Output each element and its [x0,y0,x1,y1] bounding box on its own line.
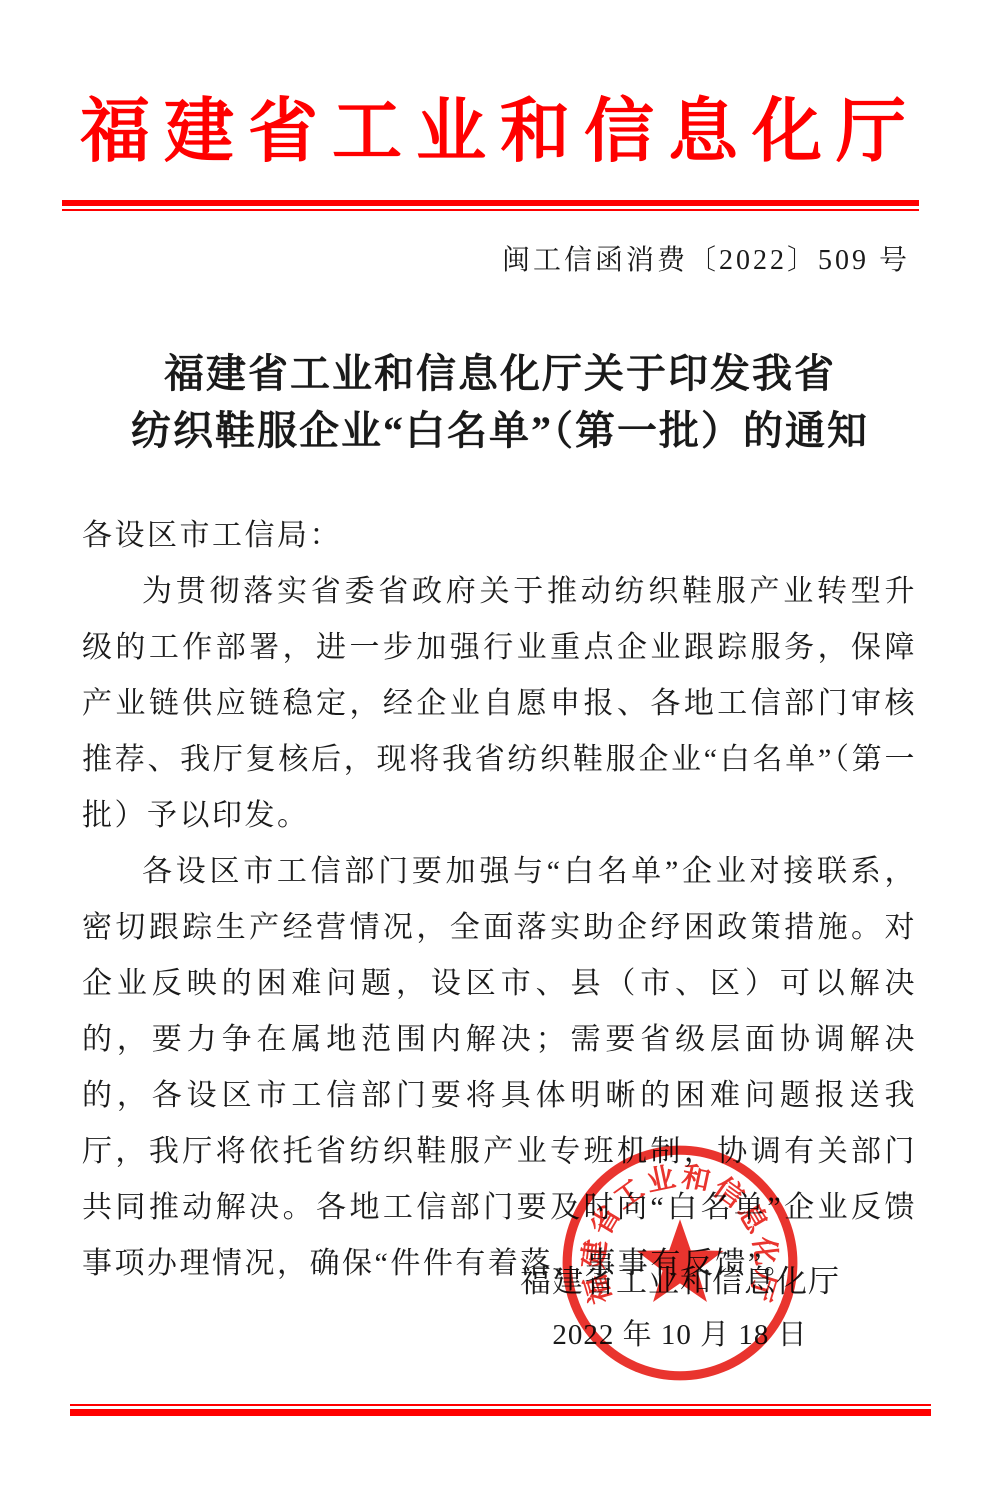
separator-thin-line [62,209,919,211]
salutation: 各设区市工信局： [82,508,917,564]
official-seal: 福建省工业和信息化厅 [558,1141,802,1385]
masthead-separator [62,200,919,211]
title-line-2: 纺织鞋服企业“白名单”（第一批）的通知 [0,402,1000,459]
seal-star-icon [636,1219,723,1302]
document-number: 闽工信函消费〔2022〕509 号 [502,238,910,278]
body-paragraph-1: 为贯彻落实省委省政府关于推动纺织鞋服产业转型升级的工作部署，进一步加强行业重点企… [82,564,917,844]
masthead-title: 福建省工业和信息化厅 [0,98,1000,168]
document-title: 福建省工业和信息化厅关于印发我省 纺织鞋服企业“白名单”（第一批）的通知 [0,345,1000,459]
footer-separator [70,1404,931,1416]
title-line-1: 福建省工业和信息化厅关于印发我省 [0,345,1000,402]
separator-thick-line [70,1409,931,1416]
document-page: 福建省工业和信息化厅 闽工信函消费〔2022〕509 号 福建省工业和信息化厅关… [0,0,1000,1500]
